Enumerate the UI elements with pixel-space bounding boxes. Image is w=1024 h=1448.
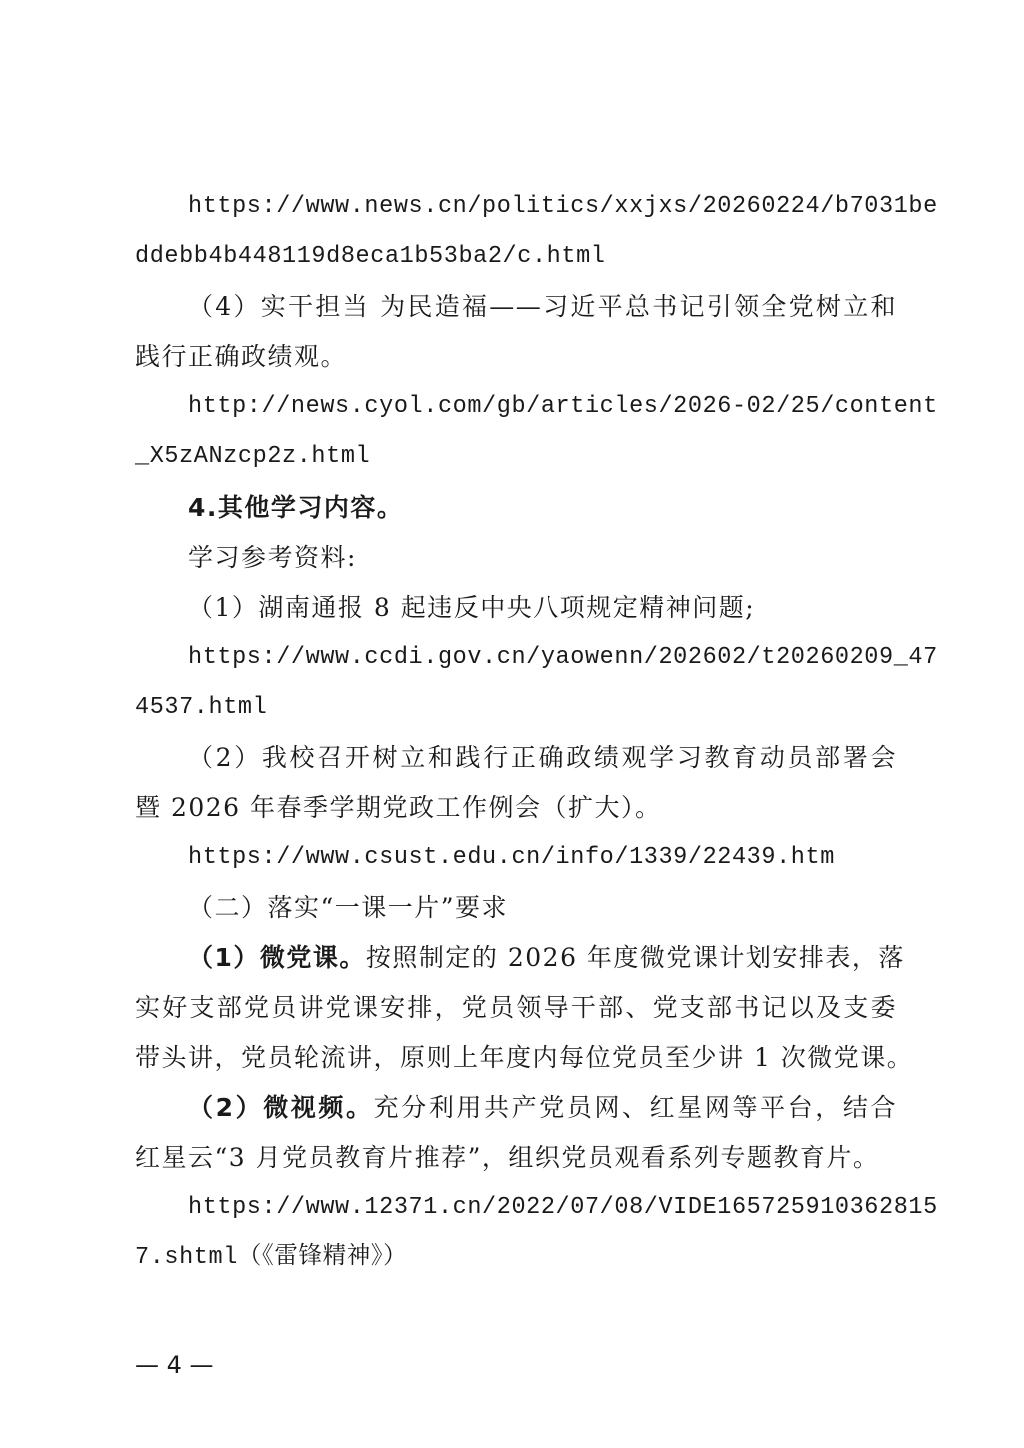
reference-item-2-line-1: （2）我校召开树立和践行正确政绩观学习教育动员部署会 [188,743,897,773]
item-4-line-2: 践行正确政绩观。 [135,342,897,372]
reference-materials-label: 学习参考资料: [188,543,897,573]
page-number: — 4 — [135,1350,214,1380]
link-news-cn-line-1[interactable]: https://www.news.cn/politics/xxjxs/20260… [188,192,883,222]
micro-video-line-1: （2）微视频。充分利用共产党员网、红星网等平台，结合 [188,1093,897,1123]
reference-item-2-line-2: 暨 2026 年春季学期党政工作例会（扩大）。 [135,793,897,823]
link-cyol-line-1[interactable]: http://news.cyol.com/gb/articles/2026-02… [188,392,883,422]
link-ccdi-line-2[interactable]: 4537.html [135,693,882,723]
micro-party-lesson-line-3: 带头讲，党员轮流讲，原则上年度内每位党员至少讲 1 次微党课。 [135,1043,897,1073]
link-cyol-line-2[interactable]: _X5zANzcp2z.html [135,442,882,472]
link-news-cn-line-2[interactable]: ddebb4b448119d8eca1b53ba2/c.html [135,242,882,272]
micro-party-lesson-text-1: 按照制定的 2026 年度微党课计划安排表，落 [366,943,905,972]
micro-party-lesson-line-2: 实好支部党员讲党课安排，党员领导干部、党支部书记以及支委 [135,993,897,1023]
micro-party-lesson-line-1: （1）微党课。按照制定的 2026 年度微党课计划安排表，落 [188,943,897,973]
item-4-line-1: （4）实干担当 为民造福——习近平总书记引领全党树立和 [188,292,897,322]
link-12371-line-1[interactable]: https://www.12371.cn/2022/07/08/VIDE1657… [188,1193,883,1223]
document-page: https://www.news.cn/politics/xxjxs/20260… [0,0,1024,1448]
heading-other-study-content: 4.其他学习内容。 [188,493,897,523]
reference-item-1: （1）湖南通报 8 起违反中央八项规定精神问题; [188,593,897,623]
micro-video-text-1: 充分利用共产党员网、红星网等平台，结合 [374,1093,897,1122]
link-csust[interactable]: https://www.csust.edu.cn/info/1339/22439… [188,843,883,873]
micro-video-line-2: 红星云“3 月党员教育片推荐”，组织党员观看系列专题教育片。 [135,1143,897,1173]
section-heading-one-lesson-one-film: （二）落实“一课一片”要求 [188,893,897,923]
link-ccdi-line-1[interactable]: https://www.ccdi.gov.cn/yaowenn/202602/t… [188,643,883,673]
micro-party-lesson-lead: （1）微党课。 [188,943,366,972]
link-12371-line-2[interactable]: 7.shtml（《雷锋精神》） [135,1243,882,1273]
micro-video-lead: （2）微视频。 [188,1093,374,1122]
